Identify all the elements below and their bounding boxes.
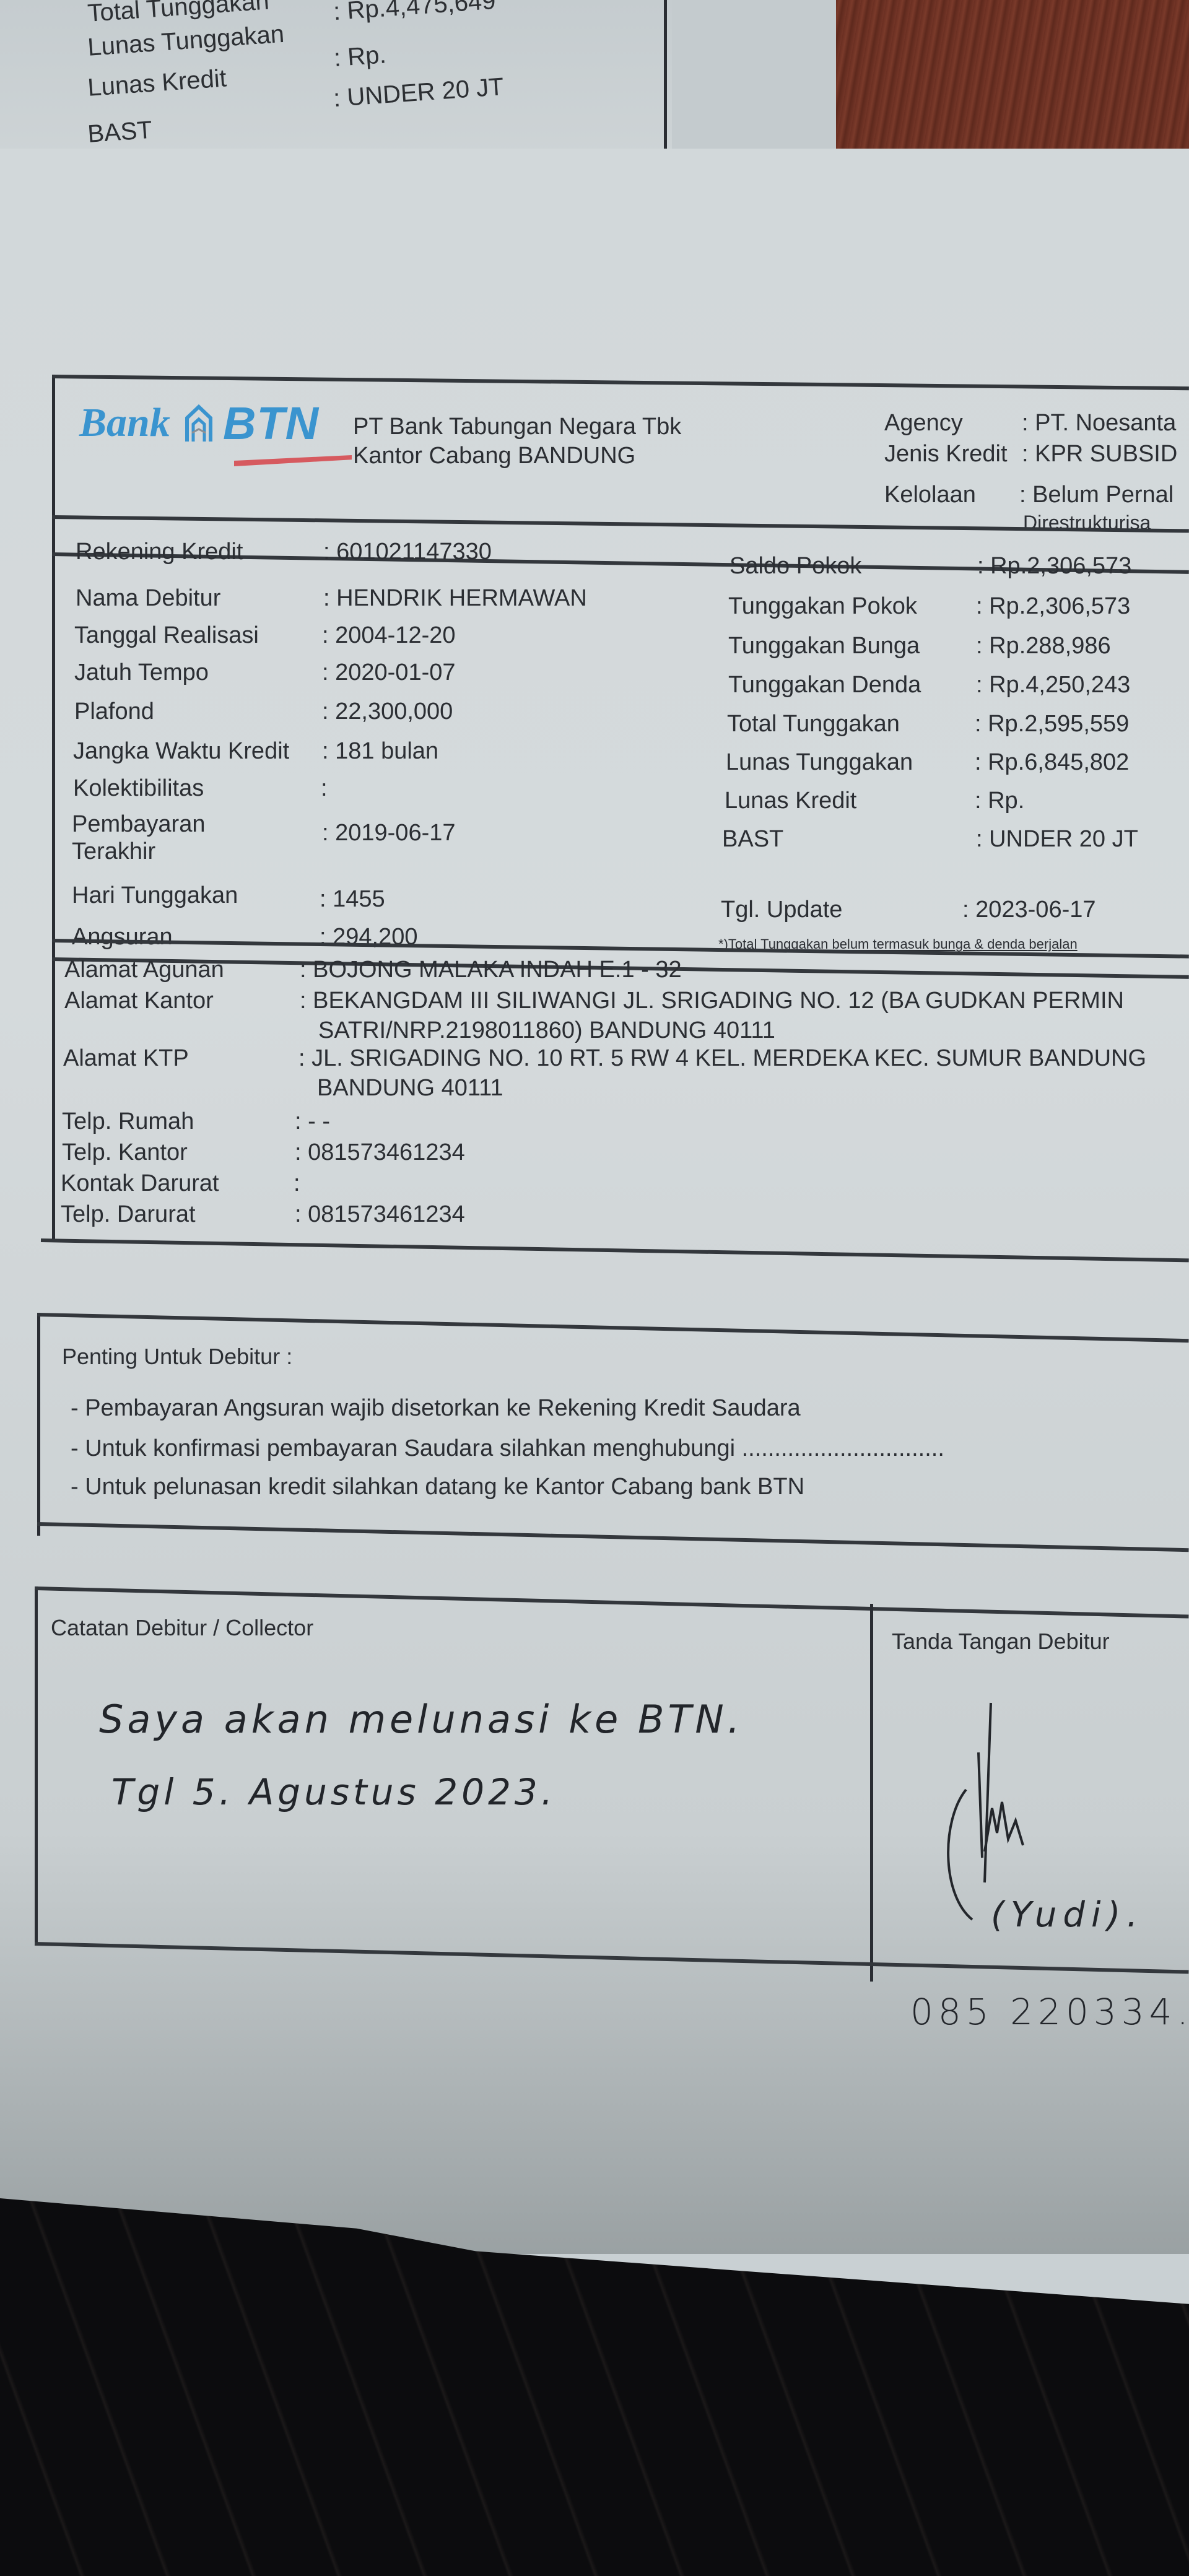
frame-left-border (52, 375, 55, 1242)
notice-box-left-border (37, 1313, 40, 1536)
handwritten-note-line: Tgl 5. Agustus 2023. (111, 1771, 556, 1813)
notes-title: Catatan Debitur / Collector (51, 1615, 313, 1641)
notes-box-left-border (35, 1586, 38, 1946)
notice-title: Penting Untuk Debitur : (62, 1344, 292, 1370)
btn-house-icon (185, 404, 213, 443)
signature-name: (Yudi). (991, 1895, 1144, 1935)
background-strip (672, 0, 836, 173)
branch-name: Kantor Cabang BANDUNG (353, 443, 635, 469)
signature-title: Tanda Tangan Debitur (892, 1629, 1110, 1655)
handwritten-phone-number: 085 220334... (910, 1991, 1189, 2033)
wooden-table-surface (836, 0, 1189, 164)
notice-item: - Pembayaran Angsuran wajib disetorkan k… (71, 1395, 801, 1422)
dark-fabric-background (0, 2198, 1189, 2576)
notice-item: - Untuk pelunasan kredit silahkan datang… (71, 1474, 804, 1500)
notes-box-divider (870, 1604, 873, 1982)
handwritten-note-line: Saya akan melunasi ke BTN. (99, 1697, 743, 1742)
notice-item: - Untuk konfirmasi pembayaran Saudara si… (71, 1435, 944, 1462)
company-name: PT Bank Tabungan Negara Tbk (353, 414, 681, 440)
bank-btn-logo: Bank BTN (79, 399, 352, 468)
logo-swoosh (234, 455, 352, 466)
